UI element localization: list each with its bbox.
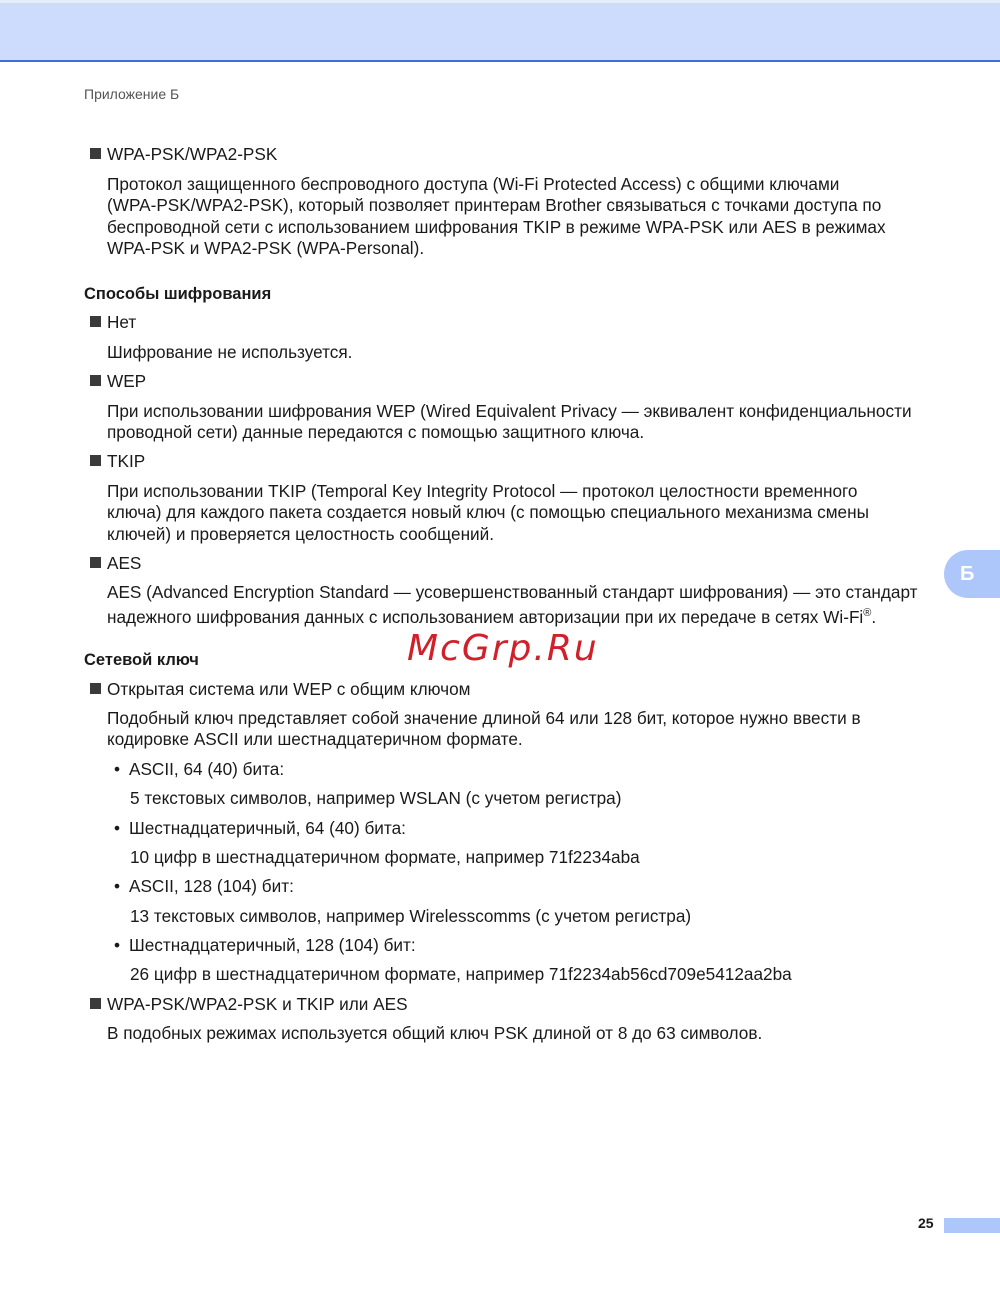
dot-bullet-icon: •	[114, 876, 129, 897]
text-line: беспроводной сети с использованием шифро…	[107, 217, 886, 238]
item-title: TKIP	[107, 451, 145, 471]
paragraph-wep: При использовании шифрования WEP (Wired …	[107, 401, 912, 444]
sub-item: •Шестнадцатеричный, 128 (104) бит:	[114, 935, 416, 956]
chapter-tab[interactable]: Б	[944, 550, 1000, 598]
square-bullet-icon	[90, 557, 101, 568]
list-item-open-wep: Открытая система или WEP с общим ключом	[90, 679, 470, 700]
item-title: AES	[107, 553, 141, 573]
paragraph-wpa-psk: Протокол защищенного беспроводного досту…	[107, 174, 886, 259]
item-title: Нет	[107, 312, 136, 332]
page-number-bar	[944, 1218, 1000, 1233]
list-item-wpa-psk-key: WPA-PSK/WPA2-PSK и TKIP или AES	[90, 994, 408, 1015]
list-item-aes: AES	[90, 553, 141, 574]
square-bullet-icon	[90, 316, 101, 327]
paragraph-none: Шифрование не используется.	[107, 342, 352, 363]
dot-bullet-icon: •	[114, 935, 129, 956]
text-line: ключей) и проверяется целостность сообще…	[107, 524, 869, 545]
text-line: Подобный ключ представляет собой значени…	[107, 708, 861, 729]
watermark: McGrp.Ru	[407, 628, 599, 669]
paragraph-tkip: При использовании TKIP (Temporal Key Int…	[107, 481, 869, 545]
text-line: AES (Advanced Encryption Standard — усов…	[107, 582, 918, 603]
text-line: кодировке ASCII или шестнадцатеричном фо…	[107, 729, 861, 750]
item-title: WEP	[107, 371, 146, 391]
paragraph-open-wep: Подобный ключ представляет собой значени…	[107, 708, 861, 751]
square-bullet-icon	[90, 683, 101, 694]
square-bullet-icon	[90, 998, 101, 1009]
sub-item-title: Шестнадцатеричный, 64 (40) бита:	[129, 818, 406, 838]
text-line: Шифрование не используется.	[107, 342, 352, 363]
text-line: WPA-PSK и WPA2-PSK (WPA-Personal).	[107, 238, 886, 259]
dot-bullet-icon: •	[114, 759, 129, 780]
text-line: При использовании шифрования WEP (Wired …	[107, 401, 912, 422]
section-heading-network-key: Сетевой ключ	[84, 650, 199, 671]
dot-bullet-icon: •	[114, 818, 129, 839]
sub-item-text: 13 текстовых символов, например Wireless…	[130, 906, 691, 927]
square-bullet-icon	[90, 455, 101, 466]
square-bullet-icon	[90, 148, 101, 159]
text-line: В подобных режимах используется общий кл…	[107, 1023, 762, 1044]
paragraph-wpa-psk-key: В подобных режимах используется общий кл…	[107, 1023, 762, 1044]
page-number: 25	[918, 1215, 934, 1231]
item-title: WPA-PSK/WPA2-PSK	[107, 144, 277, 164]
list-item-wep: WEP	[90, 371, 146, 392]
square-bullet-icon	[90, 375, 101, 386]
sub-item-text: 5 текстовых символов, например WSLAN (с …	[130, 788, 621, 809]
text-line: ключа) для каждого пакета создается новы…	[107, 502, 869, 523]
text-line: Протокол защищенного беспроводного досту…	[107, 174, 886, 195]
list-item-wpa-psk: WPA-PSK/WPA2-PSK	[90, 144, 277, 165]
text-line: проводной сети) данные передаются с помо…	[107, 422, 912, 443]
sub-item-text: 26 цифр в шестнадцатеричном формате, нап…	[130, 964, 792, 985]
text-line: надежного шифрования данных с использова…	[107, 603, 918, 628]
item-title: Открытая система или WEP с общим ключом	[107, 679, 470, 699]
sub-item-title: ASCII, 128 (104) бит:	[129, 876, 294, 896]
header-band-edge	[0, 0, 1000, 3]
paragraph-aes: AES (Advanced Encryption Standard — усов…	[107, 582, 918, 629]
sub-item-title: Шестнадцатеричный, 128 (104) бит:	[129, 935, 416, 955]
list-item-tkip: TKIP	[90, 451, 145, 472]
header-band	[0, 0, 1000, 62]
sub-item: •ASCII, 128 (104) бит:	[114, 876, 294, 897]
list-item-none: Нет	[90, 312, 136, 333]
text-line: (WPA-PSK/WPA2-PSK), который позволяет пр…	[107, 195, 886, 216]
sub-item-text: 10 цифр в шестнадцатеричном формате, нап…	[130, 847, 640, 868]
running-head: Приложение Б	[84, 86, 179, 102]
text-line: При использовании TKIP (Temporal Key Int…	[107, 481, 869, 502]
sub-item: •ASCII, 64 (40) бита:	[114, 759, 284, 780]
item-title: WPA-PSK/WPA2-PSK и TKIP или AES	[107, 994, 408, 1014]
sub-item-title: ASCII, 64 (40) бита:	[129, 759, 284, 779]
sub-item: •Шестнадцатеричный, 64 (40) бита:	[114, 818, 406, 839]
section-heading-encryption: Способы шифрования	[84, 284, 271, 305]
text-fragment: .	[871, 607, 876, 627]
text-fragment: надежного шифрования данных с использова…	[107, 607, 863, 627]
